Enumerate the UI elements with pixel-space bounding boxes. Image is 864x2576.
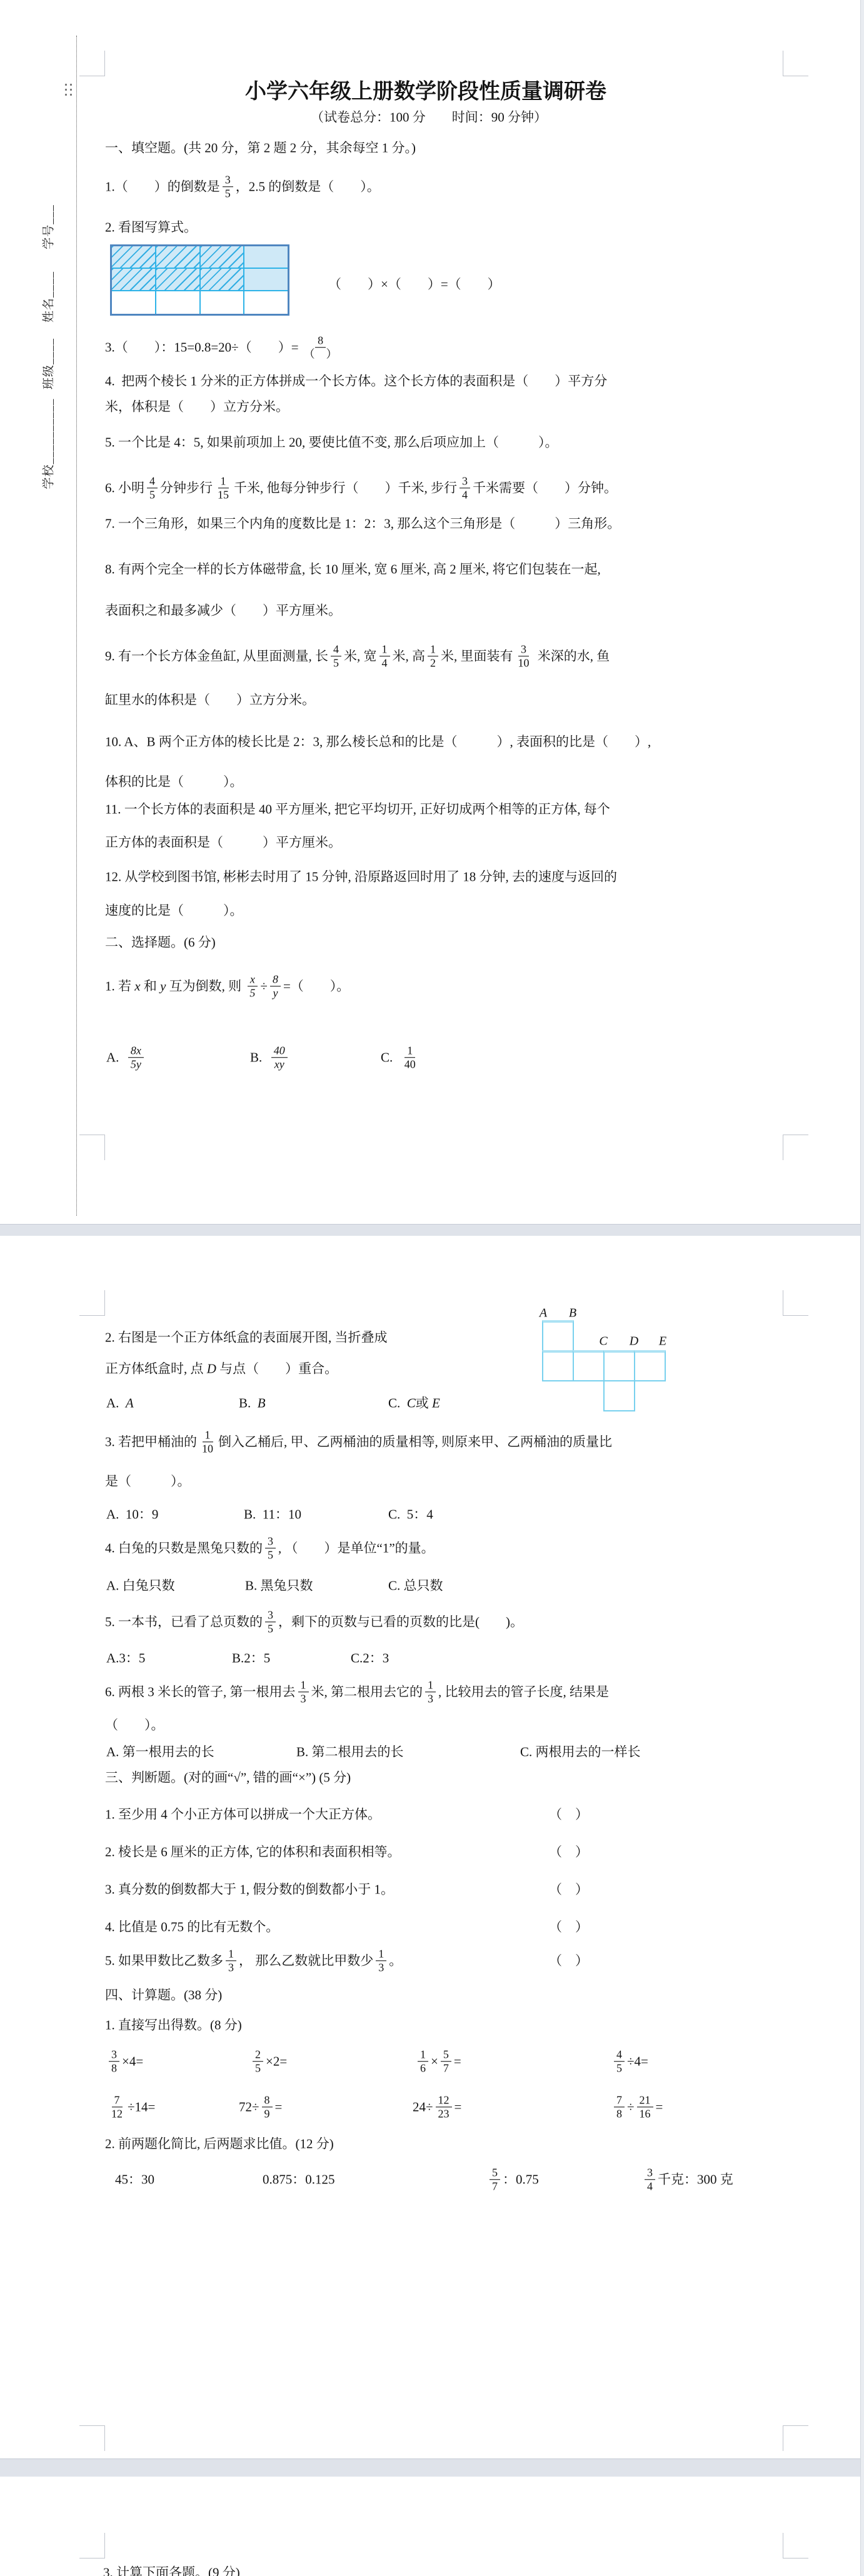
text-segment: 表面积之和最多减少（ ）平方厘米。 <box>105 603 341 618</box>
text-line: 2. 看图写算式。 <box>105 219 197 235</box>
text-line: 5. 如果甲数比乙数多13， 那么乙数就比甲数少13。 <box>105 1947 402 1974</box>
text-line: B. 40xy <box>250 1044 290 1071</box>
text-segment: B. 11：10 <box>244 1506 301 1522</box>
text-segment: 体积的比是（ ）。 <box>105 774 243 789</box>
text-line: 米，体积是（ ）立方分米。 <box>105 399 289 414</box>
text-segment: 4. 白兔的只数是黑兔只数的 <box>105 1540 263 1556</box>
text-segment: , （ ）是单位“1”的量。 <box>278 1540 435 1556</box>
text-segment: A <box>126 1395 134 1411</box>
text-segment: C. <box>381 1050 399 1065</box>
text-segment: = <box>454 2053 461 2069</box>
text-segment: （ ）。 <box>105 1717 164 1733</box>
text-segment: C <box>407 1395 416 1411</box>
text-segment: 速度的比是（ ）。 <box>105 903 243 918</box>
text-line: 3.（ ）：15=0.8=20÷（ ）=8（ ） <box>105 334 343 361</box>
text-line: 3. 若把甲桶油的110倒入乙桶后, 甲、乙两桶油的质量相等, 则原来甲、乙两桶… <box>105 1428 612 1455</box>
text-line: A. 白兔只数 <box>106 1578 175 1593</box>
section-3-header: 三、判断题。(对的画“√”, 错的画“×”) (5 分) <box>105 1770 351 1785</box>
text-segment: 5. 一个比是 4：5, 如果前项加上 20, 要使比值不变, 那么后项应加上（… <box>105 434 558 450</box>
student-info-label: 学校__________ <box>39 398 56 489</box>
text-segment: 3. 计算下面各题。(9 分) <box>103 2565 240 2576</box>
text-segment: 或 <box>416 1395 432 1411</box>
text-line: 1. 至少用 4 个小正方体可以拼成一个大正方体。 <box>105 1807 381 1822</box>
text-segment: 正方体纸盒时, 点 <box>105 1361 207 1376</box>
text-segment: 2. 右图是一个正方体纸盒的表面展开图, 当折叠成 <box>105 1330 388 1345</box>
text-segment: ×4= <box>122 2053 143 2069</box>
fraction: 35 <box>265 1535 276 1561</box>
text-segment: ÷ <box>627 2099 635 2115</box>
text-segment: 3. 若把甲桶油的 <box>105 1434 197 1450</box>
text-line: 12. 从学校到图书馆, 彬彬去时用了 15 分钟, 沿原路返回时用了 18 分… <box>105 869 617 885</box>
text-segment: 10. A、B 两个正方体的棱长比是 2：3, 那么棱长总和的比是（ ）, 表面… <box>105 734 651 749</box>
text-segment: B. 黑兔只数 <box>245 1578 313 1593</box>
fraction: 115 <box>215 474 231 501</box>
text-segment: 米, 宽 <box>344 648 377 664</box>
text-segment: ：0.75 <box>503 2172 539 2187</box>
text-line: A. 8x5y <box>106 1044 146 1071</box>
text-line: 4. 把两个棱长 1 分米的正方体拼成一个长方体。这个长方体的表面积是（ ）平方… <box>105 373 607 389</box>
text-line: 45÷4= <box>611 2048 648 2075</box>
text-segment: 和 <box>141 978 161 994</box>
text-line: （ ） <box>549 1807 588 1822</box>
text-line: 4. 白兔的只数是黑兔只数的35, （ ）是单位“1”的量。 <box>105 1535 435 1561</box>
text-line: 5. 一本书，已看了总页数的35，剩下的页数与已看的页数的比是( )。 <box>105 1608 523 1635</box>
text-segment: C. 总只数 <box>388 1578 443 1593</box>
text-segment: A. <box>106 1050 126 1065</box>
text-line: 5. 一个比是 4：5, 如果前项加上 20, 要使比值不变, 那么后项应加上（… <box>105 434 558 450</box>
text-segment: 千克：300 克 <box>658 2172 733 2187</box>
fraction: 34 <box>645 2166 655 2193</box>
text-line: 6. 两根 3 米长的管子, 第一根用去13米, 第二根用去它的13, 比较用去… <box>105 1678 609 1705</box>
text-segment: 7. 一个三角形，如果三个内角的度数比是 1：2：3, 那么这个三角形是（ ）三… <box>105 516 620 531</box>
text-line: 2. 前两题化简比, 后两题求比值。(12 分) <box>105 2136 334 2152</box>
text-segment: （ ） <box>549 1953 588 1968</box>
text-segment: 千米需要（ ）分钟。 <box>473 480 617 496</box>
fraction: 13 <box>298 1678 309 1705</box>
corner-mark <box>79 51 105 76</box>
text-line: B. B <box>239 1395 266 1411</box>
text-segment: D <box>207 1361 216 1376</box>
text-segment: A. <box>106 1395 126 1411</box>
fraction: 40xy <box>271 1044 288 1071</box>
page-gap-2 <box>0 2458 861 2478</box>
text-line: 是（ ）。 <box>105 1473 191 1489</box>
text-line: （ ） <box>549 1882 588 1897</box>
text-segment: 9. 有一个长方体金鱼缸, 从里面测量, 长 <box>105 648 328 664</box>
text-line: C.2：3 <box>351 1650 389 1666</box>
fraction: 16 <box>418 2048 428 2075</box>
fraction: 8y <box>270 973 281 1000</box>
text-segment: =（ ）。 <box>283 978 349 994</box>
text-line: C. 总只数 <box>388 1578 443 1593</box>
text-line: 0.875：0.125 <box>263 2172 335 2187</box>
document-canvas: 学号___姓名____班级____学校__________ A B C D E … <box>0 0 864 2576</box>
text-line: 38×4= <box>106 2048 143 2075</box>
text-segment: 1.（ ）的倒数是 <box>105 179 220 194</box>
fraction: 712 <box>109 2093 125 2120</box>
fraction: 14 <box>379 643 390 669</box>
fraction: 35 <box>265 1608 276 1635</box>
text-line: （ ） <box>549 1919 588 1935</box>
corner-mark <box>783 2425 808 2451</box>
net-point-label: C <box>599 1335 607 1349</box>
text-segment: 1. 若 <box>105 978 134 994</box>
corner-mark <box>783 1135 808 1160</box>
fraction: 13 <box>226 1947 236 1974</box>
text-line: 78÷2116= <box>611 2093 663 2120</box>
text-segment: B. <box>239 1395 258 1411</box>
fraction: 78 <box>614 2093 625 2120</box>
text-line: B. 黑兔只数 <box>245 1578 313 1593</box>
text-segment: 12. 从学校到图书馆, 彬彬去时用了 15 分钟, 沿原路返回时用了 18 分… <box>105 869 617 885</box>
text-line: C. 5：4 <box>388 1506 433 1522</box>
text-segment: （试卷总分：100 分 时间：90 分钟） <box>311 109 547 125</box>
text-segment: 1. 直接写出得数。(8 分) <box>105 2017 242 2033</box>
text-line: 1. 直接写出得数。(8 分) <box>105 2017 242 2033</box>
text-segment: 米, 第二根用去它的 <box>311 1684 423 1700</box>
text-segment: （ ）×（ ）=（ ） <box>328 276 501 292</box>
text-segment: 米，体积是（ ）立方分米。 <box>105 399 289 414</box>
text-line: A. 10：9 <box>106 1506 158 1522</box>
text-line: 57：0.75 <box>487 2166 539 2193</box>
net-point-label: B <box>569 1306 576 1321</box>
fraction: 45 <box>147 474 158 501</box>
text-segment: （ ） <box>549 1919 588 1935</box>
text-line: 正方体的表面积是（ ）平方厘米。 <box>105 834 341 850</box>
text-line: 9. 有一个长方体金鱼缸, 从里面测量, 长45米, 宽14米, 高12米, 里… <box>105 643 610 669</box>
corner-mark <box>783 1290 808 1316</box>
text-segment: 5. 如果甲数比乙数多 <box>105 1953 223 1968</box>
text-segment: （ ） <box>549 1807 588 1822</box>
text-line: C. C或 E <box>388 1395 440 1411</box>
fraction: 45 <box>614 2048 625 2075</box>
text-segment: = <box>656 2099 663 2115</box>
text-segment: 一、填空题。(共 20 分，第 2 题 2 分，其余每空 1 分。) <box>105 140 416 156</box>
text-segment: 45：30 <box>115 2172 154 2187</box>
text-segment: 三、判断题。(对的画“√”, 错的画“×”) (5 分) <box>105 1770 351 1785</box>
student-info-label: 班级____ <box>39 338 56 389</box>
text-line: 4. 比值是 0.75 的比有无数个。 <box>105 1919 279 1935</box>
text-segment: y <box>160 978 166 994</box>
text-line: （ ） <box>549 1844 588 1860</box>
text-segment: 8. 有两个完全一样的长方体磁带盒, 长 10 厘米, 宽 6 厘米, 高 2 … <box>105 561 601 577</box>
text-line: 712÷14= <box>106 2093 155 2120</box>
fraction: 13 <box>425 1678 436 1705</box>
text-line: 3. 真分数的倒数都大于 1, 假分数的倒数都小于 1。 <box>105 1882 394 1897</box>
text-segment: 米深的水, 鱼 <box>535 648 610 664</box>
text-segment: B. 第二根用去的长 <box>296 1744 404 1760</box>
text-segment: 互为倒数, 则 <box>166 978 244 994</box>
text-segment: 2. 看图写算式。 <box>105 219 197 235</box>
net-point-label: D <box>630 1335 638 1349</box>
fraction: 8（ ） <box>301 334 340 361</box>
text-segment: × <box>431 2053 438 2069</box>
net-point-label: A <box>540 1306 547 1321</box>
text-segment: 0.875：0.125 <box>263 2172 335 2187</box>
text-segment: A. 第一根用去的长 <box>106 1744 214 1760</box>
fraction: 57 <box>441 2048 451 2075</box>
text-segment: 正方体的表面积是（ ）平方厘米。 <box>105 834 341 850</box>
text-segment: , 比较用去的管子长度, 结果是 <box>438 1684 609 1700</box>
fraction: 140 <box>402 1044 418 1071</box>
text-segment: E <box>432 1395 440 1411</box>
text-line: （ ）×（ ）=（ ） <box>328 276 501 292</box>
fraction: 38 <box>109 2048 119 2075</box>
corner-mark <box>783 51 808 76</box>
text-line: C. 两根用去的一样长 <box>520 1744 641 1760</box>
text-segment: A.3：5 <box>106 1650 145 1666</box>
fraction: 8x5y <box>128 1044 144 1071</box>
text-line: A. A <box>106 1395 134 1411</box>
text-line: 8. 有两个完全一样的长方体磁带盒, 长 10 厘米, 宽 6 厘米, 高 2 … <box>105 561 601 577</box>
text-segment: C.2：3 <box>351 1650 389 1666</box>
section-4-header: 四、计算题。(38 分) <box>105 1987 222 2003</box>
fraction: 110 <box>199 1428 216 1455</box>
fraction: 13 <box>376 1947 386 1974</box>
drag-anchor-icon[interactable] <box>65 84 73 96</box>
text-segment: 4. 把两个棱长 1 分米的正方体拼成一个长方体。这个长方体的表面积是（ ）平方… <box>105 373 607 389</box>
fraction: x5 <box>247 973 258 1000</box>
text-segment: 分钟步行 <box>160 480 213 496</box>
text-line: 缸里水的体积是（ ）立方分米。 <box>105 692 315 708</box>
text-line: 速度的比是（ ）。 <box>105 903 243 918</box>
text-segment: 2. 前两题化简比, 后两题求比值。(12 分) <box>105 2136 334 2152</box>
text-segment: 1. 至少用 4 个小正方体可以拼成一个大正方体。 <box>105 1807 381 1822</box>
fraction: 34 <box>460 474 470 501</box>
text-line: 3. 计算下面各题。(9 分) <box>103 2565 240 2576</box>
text-segment: ÷4= <box>627 2053 648 2069</box>
text-line: （ ） <box>549 1953 588 1968</box>
text-segment: 是（ ）。 <box>105 1473 191 1489</box>
text-segment: B.2：5 <box>232 1650 270 1666</box>
fraction: 89 <box>262 2093 273 2120</box>
text-segment: 11. 一个长方体的表面积是 40 平方厘米, 把它平均切开, 正好切成两个相等… <box>105 801 610 817</box>
section-1-header: 一、填空题。(共 20 分，第 2 题 2 分，其余每空 1 分。) <box>105 140 416 156</box>
fraction: 35 <box>223 173 233 200</box>
text-line: 34千克：300 克 <box>642 2166 733 2193</box>
doc-title: 小学六年级上册数学阶段性质量调研卷 <box>245 80 606 106</box>
text-segment: A. 白兔只数 <box>106 1578 175 1593</box>
text-segment: 6. 小明 <box>105 480 144 496</box>
text-line: B. 11：10 <box>244 1506 301 1522</box>
fraction: 57 <box>490 2166 500 2193</box>
text-segment: 缸里水的体积是（ ）立方分米。 <box>105 692 315 708</box>
text-segment: ， 那么乙数就比甲数少 <box>239 1953 373 1968</box>
page-3 <box>0 2477 861 2576</box>
text-line: 25×2= <box>250 2048 287 2075</box>
text-segment: 倒入乙桶后, 甲、乙两桶油的质量相等, 则原来甲、乙两桶油的质量比 <box>218 1434 612 1450</box>
text-line: B.2：5 <box>232 1650 270 1666</box>
text-segment: ÷ <box>260 978 268 994</box>
page-gap-1 <box>0 1224 861 1237</box>
text-segment: = <box>275 2099 283 2115</box>
text-segment: ，剩下的页数与已看的页数的比是( )。 <box>278 1614 523 1630</box>
fraction: 1223 <box>436 2093 452 2120</box>
text-line: 6. 小明45分钟步行115千米, 他每分钟步行（ ）千米, 步行34千米需要（… <box>105 474 617 501</box>
fraction-grid-figure <box>110 244 289 316</box>
text-segment: 。 <box>389 1953 402 1968</box>
text-segment: 5. 一本书，已看了总页数的 <box>105 1614 263 1630</box>
text-segment: ÷14= <box>128 2099 155 2115</box>
text-segment: 米, 里面装有 <box>441 648 513 664</box>
text-segment: B. <box>250 1050 269 1065</box>
text-segment: 二、选择题。(6 分) <box>105 935 216 950</box>
text-line: 16×57= <box>415 2048 461 2075</box>
net-point-label: E <box>659 1335 666 1349</box>
text-line: 72÷89= <box>239 2093 282 2120</box>
text-line: 1. 若 x 和 y 互为倒数, 则 x5÷8y=（ ）。 <box>105 973 349 1000</box>
text-segment: 米, 高 <box>393 648 426 664</box>
text-segment: 4. 比值是 0.75 的比有无数个。 <box>105 1919 279 1935</box>
corner-mark <box>783 2533 808 2558</box>
text-segment: 小学六年级上册数学阶段性质量调研卷 <box>245 80 606 106</box>
text-segment: 2. 棱长是 6 厘米的正方体, 它的体积和表面积相等。 <box>105 1844 401 1860</box>
text-segment: 24÷ <box>413 2099 433 2115</box>
text-segment: （ ） <box>549 1844 588 1860</box>
fraction: 310 <box>516 643 532 669</box>
corner-mark <box>79 2533 105 2558</box>
corner-mark <box>79 1135 105 1160</box>
text-segment: ×2= <box>266 2053 287 2069</box>
text-line: 2. 棱长是 6 厘米的正方体, 它的体积和表面积相等。 <box>105 1844 401 1860</box>
text-segment: B <box>258 1395 266 1411</box>
text-line: 2. 右图是一个正方体纸盒的表面展开图, 当折叠成 <box>105 1330 388 1345</box>
text-segment: C. <box>388 1395 407 1411</box>
text-line: 表面积之和最多减少（ ）平方厘米。 <box>105 603 341 618</box>
text-line: 11. 一个长方体的表面积是 40 平方厘米, 把它平均切开, 正好切成两个相等… <box>105 801 610 817</box>
text-segment: C. 两根用去的一样长 <box>520 1744 641 1760</box>
text-line: B. 第二根用去的长 <box>296 1744 404 1760</box>
text-segment: 72÷ <box>239 2099 259 2115</box>
text-segment: A. 10：9 <box>106 1506 158 1522</box>
text-line: A.3：5 <box>106 1650 145 1666</box>
text-segment: x <box>134 978 140 994</box>
fraction: 12 <box>428 643 438 669</box>
text-line: 24÷1223= <box>413 2093 461 2120</box>
student-info-label: 姓名____ <box>39 271 56 323</box>
text-line: 10. A、B 两个正方体的棱长比是 2：3, 那么棱长总和的比是（ ）, 表面… <box>105 734 651 749</box>
student-info-label: 学号___ <box>39 204 56 249</box>
doc-subtitle: （试卷总分：100 分 时间：90 分钟） <box>311 109 547 125</box>
text-line: 正方体纸盒时, 点 D 与点（ ）重合。 <box>105 1361 338 1376</box>
section-2-header: 二、选择题。(6 分) <box>105 935 216 950</box>
text-line: 1.（ ）的倒数是35，2.5 的倒数是（ ）。 <box>105 173 380 200</box>
text-segment: （ ） <box>549 1882 588 1897</box>
text-line: A. 第一根用去的长 <box>106 1744 214 1760</box>
fold-dotted-line <box>76 36 77 1216</box>
text-line: 45：30 <box>115 2172 154 2187</box>
fraction: 2116 <box>637 2093 653 2120</box>
corner-mark <box>79 1290 105 1316</box>
text-segment: 四、计算题。(38 分) <box>105 1987 222 2003</box>
text-segment: 与点（ ）重合。 <box>216 1361 338 1376</box>
text-segment: C. 5：4 <box>388 1506 433 1522</box>
fraction: 25 <box>253 2048 263 2075</box>
vertical-scrollbar[interactable] <box>860 0 864 2576</box>
text-line: （ ）。 <box>105 1717 164 1733</box>
text-segment: ，2.5 的倒数是（ ）。 <box>236 179 380 194</box>
text-line: 体积的比是（ ）。 <box>105 774 243 789</box>
fraction: 45 <box>331 643 341 669</box>
text-line: 7. 一个三角形，如果三个内角的度数比是 1：2：3, 那么这个三角形是（ ）三… <box>105 516 620 531</box>
text-segment: = <box>455 2099 462 2115</box>
text-segment: 6. 两根 3 米长的管子, 第一根用去 <box>105 1684 296 1700</box>
text-segment: 3.（ ）：15=0.8=20÷（ ）= <box>105 339 299 355</box>
text-segment: 3. 真分数的倒数都大于 1, 假分数的倒数都小于 1。 <box>105 1882 394 1897</box>
corner-mark <box>79 2425 105 2451</box>
text-line: C. 140 <box>381 1044 421 1071</box>
text-segment: 千米, 他每分钟步行（ ）千米, 步行 <box>234 480 457 496</box>
